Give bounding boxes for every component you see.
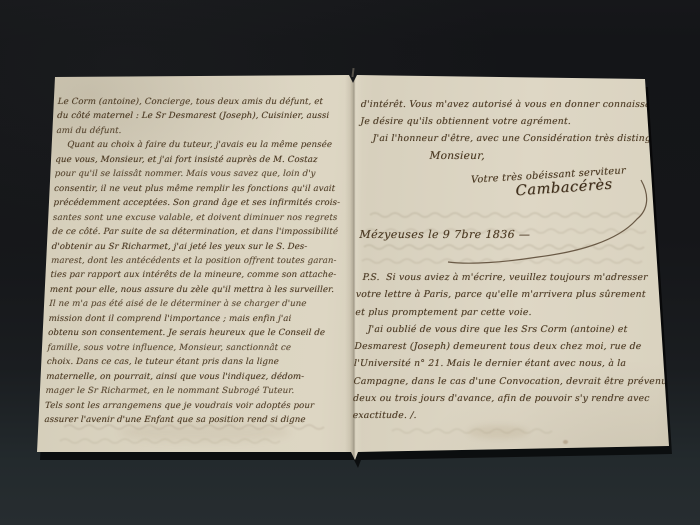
manuscript-line: Quant au choix à faire du tuteur, j'avai… xyxy=(56,138,353,152)
manuscript-line: obtenu son consentement. Je serais heure… xyxy=(48,326,345,340)
postscript-paragraphs: P.S. Si vous aviez à m'écrire, veuillez … xyxy=(352,269,670,425)
manuscript-line: ties par rapport aux intérêts de la mine… xyxy=(50,268,347,282)
manuscript-line: J'ai oublié de vous dire que les Srs Cor… xyxy=(355,321,669,338)
manuscript-line: P.S. Si vous aviez à m'écrire, veuillez … xyxy=(356,269,670,286)
manuscript-line: Tels sont les arrangemens que je voudrai… xyxy=(45,399,342,413)
manuscript-line: mager le Sr Richarmet, en le nommant Sub… xyxy=(45,384,342,398)
manuscript-line: consentir, il ne veut plus même remplir … xyxy=(54,182,351,196)
manuscript-line: votre lettre à Paris, parce qu'elle m'ar… xyxy=(356,286,670,303)
manuscript-line: précédemment acceptées. Son grand âge et… xyxy=(53,196,350,210)
manuscript-line: d'intérêt. Vous m'avez autorisé à vous e… xyxy=(361,96,673,113)
manuscript-line: d'obtenir au Sr Richarmet, j'ai jeté les… xyxy=(51,240,348,254)
manuscript-line: assurer l'avenir d'une Enfant que sa pos… xyxy=(44,413,341,427)
photo-of-letter: Le Corm (antoine), Concierge, tous deux … xyxy=(0,0,700,525)
manuscript-line: que vous, Monsieur, et j'ai fort insisté… xyxy=(55,153,352,167)
manuscript-line: deux ou trois jours d'avance, afin de po… xyxy=(353,390,667,407)
manuscript-line: ment pour elle, nous assure du zèle qu'i… xyxy=(50,283,347,297)
manuscript-line: choix. Dans ce cas, le tuteur étant pris… xyxy=(46,355,343,369)
letter-sheet: Le Corm (antoine), Concierge, tous deux … xyxy=(0,0,700,525)
manuscript-line: et plus promptement par cette voie. xyxy=(355,304,669,321)
manuscript-line: J'ai l'honneur d'être, avec une Considér… xyxy=(360,130,672,147)
manuscript-line: Desmarest (Joseph) demeurent tous deux c… xyxy=(354,338,668,355)
dateline: Mézyeuses le 9 7bre 1836 — xyxy=(359,226,530,243)
manuscript-line: Campagne, dans le cas d'une Convocation,… xyxy=(353,373,667,390)
manuscript-line: Il ne m'a pas été aisé de le déterminer … xyxy=(49,297,346,311)
manuscript-line: mission dont il comprend l'importance ; … xyxy=(48,312,345,326)
manuscript-line: ami du défunt. xyxy=(56,124,353,138)
letter-left-page: Le Corm (antoine), Concierge, tous deux … xyxy=(44,95,354,427)
closing-paragraph: d'intérêt. Vous m'avez autorisé à vous e… xyxy=(360,96,673,147)
manuscript-line: famille, sous votre influence, Monsieur,… xyxy=(47,341,344,355)
manuscript-line: exactitude. /. xyxy=(352,407,666,424)
manuscript-line: de ce côté. Par suite de sa déterminatio… xyxy=(52,225,349,239)
manuscript-line: Le Corm (antoine), Concierge, tous deux … xyxy=(57,95,354,109)
paper-thread xyxy=(351,68,354,77)
salutation: Monsieur, xyxy=(429,148,485,165)
manuscript-line: marest, dont les antécédents et la posit… xyxy=(51,254,348,268)
manuscript-line: du côté maternel : Le Sr Desmarest (Jose… xyxy=(57,109,354,123)
letter-right-page: d'intérêt. Vous m'avez autorisé à vous e… xyxy=(350,0,669,525)
manuscript-line: Je désire qu'ils obtiennent votre agréme… xyxy=(360,113,672,130)
manuscript-line: santes sont une excuse valable, et doive… xyxy=(53,211,350,225)
manuscript-line: maternelle, on pourrait, ainsi que vous … xyxy=(46,370,343,384)
manuscript-line: pour qu'il se laissât nommer. Mais vous … xyxy=(54,167,351,181)
manuscript-line: l'Université n° 21. Mais le dernier étan… xyxy=(354,355,668,372)
